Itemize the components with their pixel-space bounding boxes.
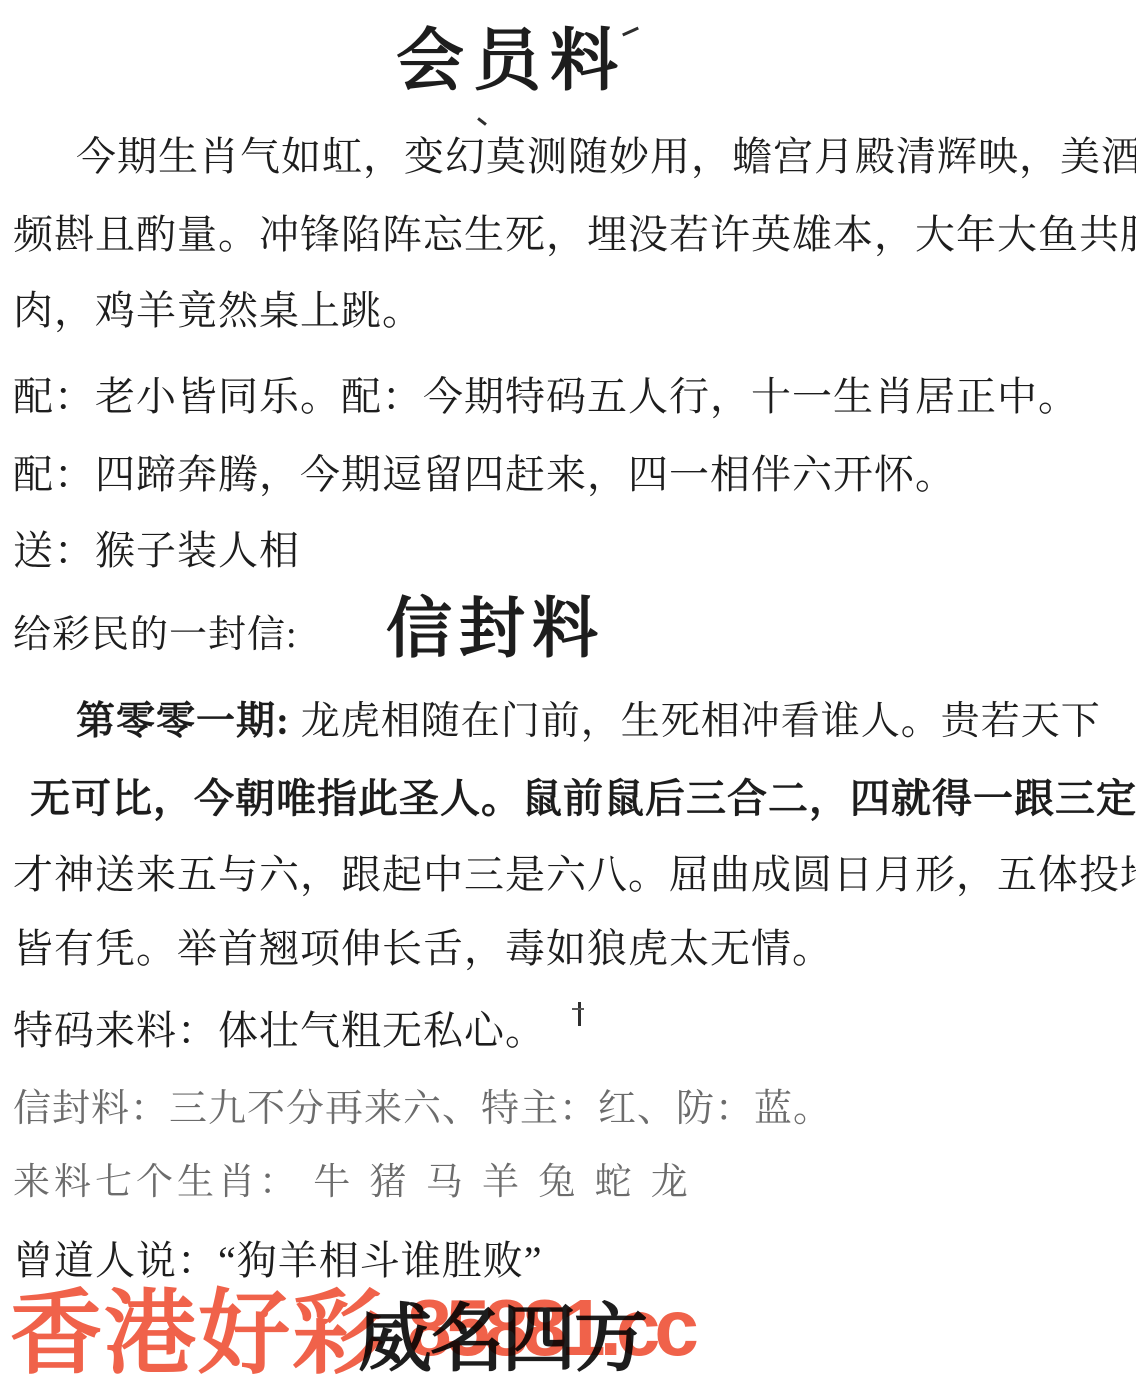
member-section-title: 会员料	[396, 22, 627, 100]
pair-tip-line-2: 配：四蹄奔腾，今期逗留四赶来，四一相伴六开怀。	[13, 452, 956, 498]
issue-number-label: 第零零一期:	[76, 700, 290, 743]
issue-line-3: 才神送来五与六，跟起中三是六八。屈曲成圆日月形，五体投地	[13, 852, 1136, 898]
scan-artifact	[477, 117, 487, 126]
special-number-tip: 特码来料：体壮气粗无私心。	[13, 1008, 546, 1054]
envelope-lead-in: 给彩民的一封信:	[13, 614, 298, 658]
site-watermark: 香港好彩 85881.cc	[10, 1282, 693, 1388]
watermark-site-url: 85881.cc	[407, 1283, 693, 1372]
member-body-line-2: 频斟且酌量。冲锋陷阵忘生死，埋没若许英雄本，大年大鱼共肥	[13, 212, 1136, 258]
issue-line-2: 无可比，今朝唯指此圣人。鼠前鼠后三合二，四就得一跟三定	[30, 776, 1136, 822]
scan-artifact	[578, 1002, 581, 1026]
master-quote-line: 曾道人说：“狗羊相斗谁胜败”	[13, 1238, 543, 1284]
issue-line-1-text: 龙虎相随在门前，生死相冲看谁人。贵若天下	[301, 700, 1101, 743]
scanned-lottery-sheet: { "colors": { "ink": "#1d1d1d", "faded_i…	[0, 0, 1136, 1388]
zodiac-label: 来料七个生肖：	[13, 1162, 300, 1203]
watermark-brand: 香港好彩	[10, 1283, 386, 1385]
gift-tip-line: 送：猴子装人相	[13, 528, 300, 574]
issue-line-4: 皆有凭。举首翘项伸长舌，毒如狼虎太无情。	[13, 926, 833, 972]
scan-artifact	[572, 1008, 584, 1010]
issue-line-1: 第零零一期: 龙虎相随在门前，生死相冲看谁人。贵若天下	[76, 700, 1101, 745]
zodiac-tip-line: 来料七个生肖： 牛 猪 马 羊 兔 蛇 龙	[13, 1162, 693, 1205]
pair-tip-line-1: 配：老小皆同乐。配：今期特码五人行，十一生肖居正中。	[13, 374, 1079, 420]
zodiac-list: 牛 猪 马 羊 兔 蛇 龙	[313, 1162, 693, 1203]
member-body-line-3: 肉，鸡羊竟然桌上跳。	[13, 288, 423, 334]
member-body-line-1: 今期生肖气如虹，变幻莫测随妙用，蟾宫月殿清辉映，美酒	[76, 134, 1136, 180]
envelope-section-title: 信封料	[386, 592, 605, 668]
envelope-tip-line: 信封料：三九不分再来六、特主：红、防：蓝。	[13, 1088, 832, 1132]
